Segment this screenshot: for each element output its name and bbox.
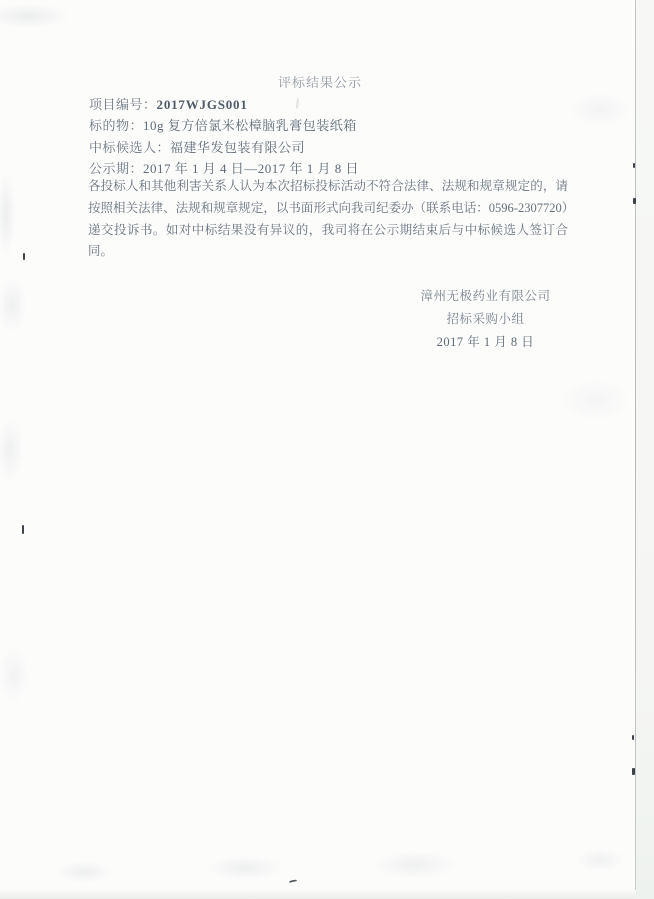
- faint-pen-mark: [290, 98, 298, 109]
- signature-block: 漳州无极药业有限公司 招标采购小组 2017 年 1 月 8 日: [383, 285, 588, 354]
- document-content: 评标结果公示 项目编号：2017WJGS001 标的物：10g 复方倍氯米松樟脑…: [0, 0, 654, 899]
- body-paragraph: 各投标人和其他利害关系人认为本次招标投标活动不符合法律、法规和规章规定的，请按照…: [88, 176, 568, 263]
- field-row-winning-candidate: 中标候选人：福建华发包装有限公司: [89, 137, 569, 158]
- signature-date: 2017 年 1 月 8 日: [383, 331, 588, 354]
- signature-department: 招标采购小组: [383, 308, 588, 331]
- signature-company: 漳州无极药业有限公司: [383, 285, 588, 308]
- scan-speck: [22, 525, 24, 534]
- field-label: 标的物：: [89, 118, 143, 133]
- document-title: 评标结果公示: [0, 72, 640, 91]
- field-label: 项目编号：: [89, 97, 157, 112]
- scan-speck: [23, 253, 25, 260]
- field-value: 2017 年 1 月 4 日—2017 年 1 月 8 日: [143, 161, 359, 176]
- scan-speck: [632, 768, 635, 775]
- scan-speck: [633, 163, 635, 168]
- scan-speck: [632, 735, 634, 740]
- field-value: 福建华发包装有限公司: [170, 140, 305, 155]
- scan-edge-band: [636, 0, 654, 899]
- scan-speck: [633, 198, 636, 204]
- field-value: 2017WJGS001: [157, 97, 248, 112]
- field-label: 公示期：: [89, 161, 143, 176]
- field-list: 项目编号：2017WJGS001 标的物：10g 复方倍氯米松樟脑乳膏包装纸箱 …: [89, 94, 569, 179]
- field-row-subject: 标的物：10g 复方倍氯米松樟脑乳膏包装纸箱: [89, 115, 569, 136]
- field-value: 10g 复方倍氯米松樟脑乳膏包装纸箱: [143, 118, 357, 133]
- field-row-project-number: 项目编号：2017WJGS001: [89, 94, 569, 115]
- scanned-page: 评标结果公示 项目编号：2017WJGS001 标的物：10g 复方倍氯米松樟脑…: [0, 0, 654, 899]
- field-label: 中标候选人：: [89, 140, 170, 155]
